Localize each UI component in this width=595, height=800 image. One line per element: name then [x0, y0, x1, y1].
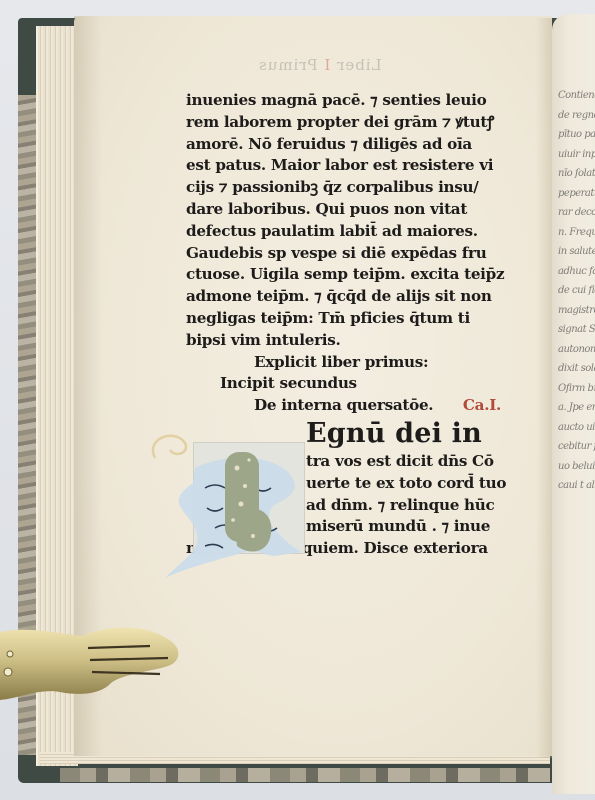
facing-line: de cui fidel [558, 281, 595, 301]
facing-line: dixit solatio [558, 359, 595, 379]
text-line: negligas teip̄m: Tm̄ pficies q̄tum ti [186, 308, 501, 330]
text-line: rem laborem propter dei grām ⁊ ꝟtutꝭ [186, 112, 501, 134]
facing-line: n. Frequens [558, 223, 595, 243]
text-line: dare laboribus. Qui puos non vitat [186, 199, 501, 221]
brass-hand-clip-icon [0, 612, 185, 712]
facing-line: rar decor. a [558, 203, 595, 223]
page-gutter [536, 18, 552, 758]
facing-line: nīo ſolato [558, 164, 595, 184]
facing-line: uo beluit usib [558, 457, 595, 477]
facing-page-text: Contiene de regno pītuo pace uiuir inpe … [558, 86, 595, 606]
facing-line: adhuc fami [558, 262, 595, 282]
facing-line: autonomic mult [558, 340, 595, 360]
illuminated-initial-r [145, 428, 305, 588]
facing-line: pītuo pace [558, 125, 595, 145]
facing-line: in salute fr [558, 242, 595, 262]
text-line: ctuose. Uigila semp teip̄m. excita teip̄… [186, 264, 501, 286]
text-line: Gaudebis sp vespe si diē expēdas fru [186, 243, 501, 265]
facing-line: peperatum [558, 184, 595, 204]
text-line: inuenies magnā pacē. ⁊ senties leuio [186, 90, 501, 112]
show-through-running-head: Liber I Primus [258, 56, 382, 74]
facing-line: Contiene [558, 86, 595, 106]
facing-line: uiuir inpe [558, 145, 595, 165]
facing-line: a. Jpe ero. par [558, 398, 595, 418]
initial-flourish-icon [145, 428, 305, 588]
text-line: bipsi vim intuleris. [186, 330, 501, 352]
facing-line: aucto uidibus mi [558, 418, 595, 438]
facing-line: caui t alter mi [558, 476, 595, 496]
explicit-line: Explicit liber primus: [186, 352, 501, 374]
chapter-title: De interna quersatōe. [254, 395, 433, 417]
text-line: cijs ⁊ passionibꝫ q̄z corpalibus insu/ [186, 177, 501, 199]
text-line: defectus paulatim labit̄ ad maiores. [186, 221, 501, 243]
incipit-line: Incipit secundus [186, 373, 501, 395]
text-line: admone teip̄m. ⁊ q̄cq̄d de alijs sit non [186, 286, 501, 308]
book-cover-bottom-edge [60, 768, 550, 782]
facing-line: de regno [558, 106, 595, 126]
facing-line: magistro ani [558, 301, 595, 321]
facing-line: signat Sic [558, 320, 595, 340]
text-line: amorē. Nō feruidus ⁊ diligēs ad oīa [186, 134, 501, 156]
chapter-heading: De interna quersatōe. Ca.I. [186, 395, 501, 417]
facing-line: Ofirm bretatem [558, 379, 595, 399]
text-line: est patus. Maior labor est resistere vi [186, 155, 501, 177]
facing-line: cebitur fide. [558, 437, 595, 457]
chapter-number: Ca.I. [463, 395, 501, 417]
